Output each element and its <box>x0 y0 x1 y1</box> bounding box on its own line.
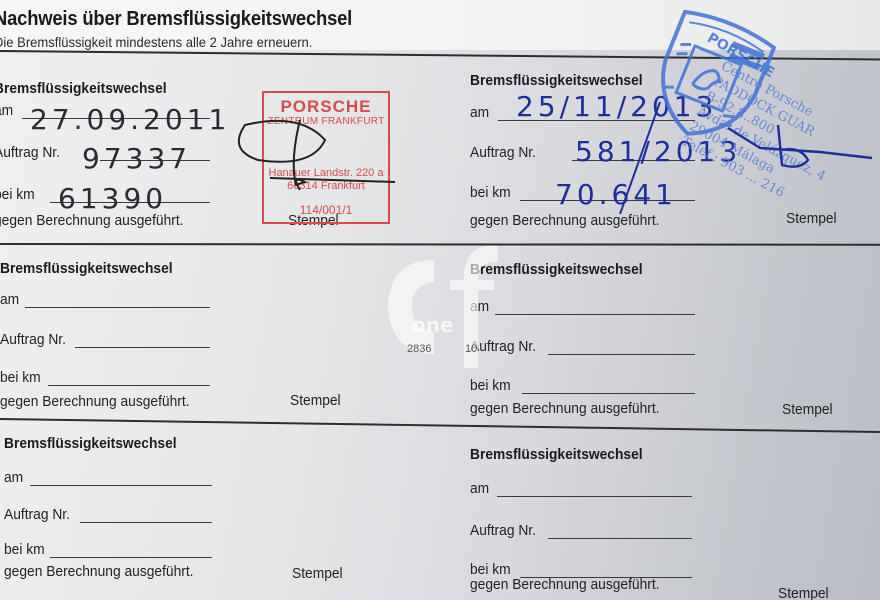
stamp-subtitle: ZENTRUM FRANKFURT <box>264 116 388 127</box>
order-label: Auftrag Nr. <box>470 338 536 355</box>
order-label: Auftrag Nr. <box>0 331 66 348</box>
document-title: Nachweis über Bremsflüssigkeitswechsel <box>0 8 352 31</box>
order-field[interactable] <box>548 354 695 355</box>
footer-note: gegen Berechnung ausgeführt. <box>470 576 660 593</box>
divider-row-2 <box>0 418 880 433</box>
date-label: am <box>470 104 489 121</box>
svg-text:one: one <box>412 313 454 337</box>
date-label: am <box>0 102 13 119</box>
mileage-field[interactable] <box>522 393 695 394</box>
mileage-label: bei km <box>470 377 511 394</box>
mileage-field[interactable] <box>48 385 210 386</box>
entry-title: Bremsflüssigkeitswechsel <box>4 435 177 452</box>
entry-title: Bremsflüssigkeitswechsel <box>0 80 167 97</box>
order-field[interactable] <box>75 347 210 348</box>
footer-note: gegen Berechnung ausgeführt. <box>4 563 194 580</box>
divider-row-1 <box>0 243 880 246</box>
order-label: Auftrag Nr. <box>470 522 536 539</box>
entry-title: Bremsflüssigkeitswechsel <box>470 446 643 463</box>
date-label: am <box>470 298 489 315</box>
order-label: Auftrag Nr. <box>4 506 70 523</box>
order-label: Auftrag Nr. <box>470 144 536 161</box>
date-field[interactable] <box>25 307 210 308</box>
handwritten-mileage: 70.641 <box>555 178 677 211</box>
mileage-label: bei km <box>0 186 35 203</box>
handwritten-order-no: 97337 <box>82 142 191 175</box>
stamp-label: Stempel <box>292 565 343 582</box>
stamp-address-line-1: Hanauer Landstr. 220 a <box>264 167 388 180</box>
entry-title: Bremsflüssigkeitswechsel <box>470 72 643 89</box>
mileage-label: bei km <box>0 369 41 386</box>
stamp-label: Stempel <box>786 210 837 227</box>
handwritten-date: 27.09.2011 <box>30 103 230 136</box>
entry-title: Bremsflüssigkeitswechsel <box>0 260 173 277</box>
stamp-address: Hanauer Landstr. 220 a 60314 Frankfurt <box>264 167 388 193</box>
date-label: am <box>470 480 489 497</box>
watermark-code-left: 2836 <box>407 343 431 355</box>
stamp-address-line-2: 60314 Frankfurt <box>264 180 388 193</box>
document-subtitle: Die Bremsflüssigkeit mindestens alle 2 J… <box>0 34 312 50</box>
mileage-field[interactable] <box>50 557 212 558</box>
date-field[interactable] <box>497 496 692 497</box>
dealer-stamp-frankfurt: PORSCHE ZENTRUM FRANKFURT Hanauer Landst… <box>262 91 390 224</box>
stamp-label: Stempel <box>782 401 833 418</box>
stamp-code: 114/001/1 <box>264 203 388 217</box>
date-label: am <box>4 469 23 486</box>
footer-note: gegen Berechnung ausgeführt. <box>0 393 190 410</box>
mileage-label: bei km <box>4 541 45 558</box>
date-label: am <box>0 291 19 308</box>
stamp-brand: PORSCHE <box>264 97 388 117</box>
order-field[interactable] <box>80 522 212 523</box>
watermark-code-right: 10 <box>465 343 477 355</box>
handwritten-mileage: 61390 <box>58 182 167 215</box>
date-field[interactable] <box>30 485 212 486</box>
mileage-label: bei km <box>470 184 511 201</box>
stamp-label: Stempel <box>778 585 829 600</box>
stamp-label: Stempel <box>290 392 341 409</box>
date-field[interactable] <box>495 314 695 315</box>
entry-title: Bremsflüssigkeitswechsel <box>470 261 643 278</box>
order-field[interactable] <box>548 538 692 539</box>
footer-note: gegen Berechnung ausgeführt. <box>470 212 660 229</box>
order-label: Auftrag Nr. <box>0 144 60 161</box>
footer-note: gegen Berechnung ausgeführt. <box>470 400 660 417</box>
